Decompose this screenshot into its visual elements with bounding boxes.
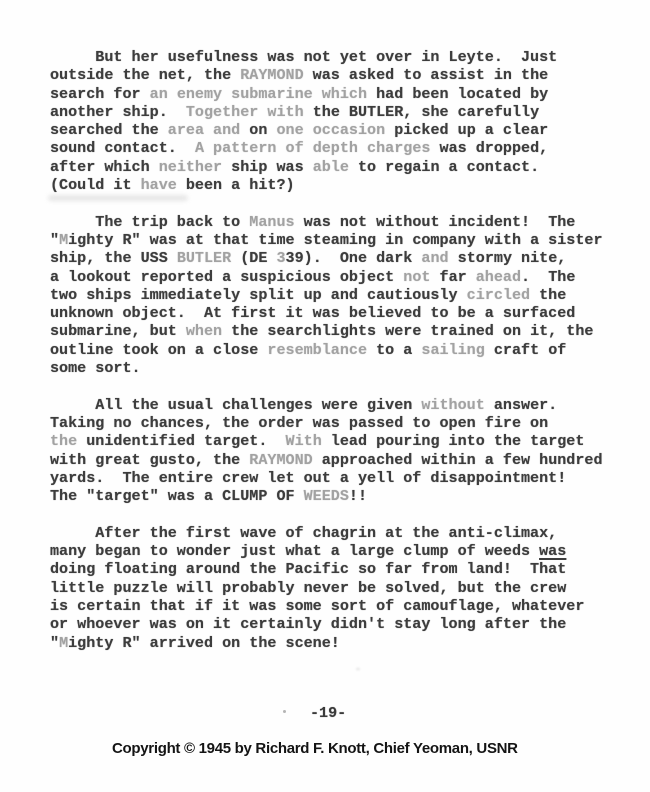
text-line: unknown object. At first it was believed… (50, 304, 625, 322)
text-line: little puzzle will probably never be sol… (50, 579, 625, 597)
text-line: submarine, but when the searchlights wer… (50, 322, 625, 340)
paragraph: But her usefulness was not yet over in L… (50, 48, 625, 194)
text-line: But her usefulness was not yet over in L… (50, 48, 625, 66)
text-line: All the usual challenges were given with… (50, 396, 625, 414)
page-number: -19- (310, 704, 346, 722)
scan-speck (356, 668, 360, 670)
text-line: outline took on a close resemblance to a… (50, 341, 625, 359)
text-line: "Mighty R" was at that time steaming in … (50, 231, 625, 249)
text-line: search for an enemy submarine which had … (50, 85, 625, 103)
text-line: searched the area and on one occasion pi… (50, 121, 625, 139)
text-line: yards. The entire crew let out a yell of… (50, 469, 625, 487)
text-line: "Mighty R" arrived on the scene! (50, 634, 625, 652)
text-line: Taking no chances, the order was passed … (50, 414, 625, 432)
paragraph: The trip back to Manus was not without i… (50, 213, 625, 378)
text-line: the unidentified target. With lead pouri… (50, 432, 625, 450)
text-line: The trip back to Manus was not without i… (50, 213, 625, 231)
text-line: many began to wonder just what a large c… (50, 542, 625, 560)
text-line: outside the net, the RAYMOND was asked t… (50, 66, 625, 84)
paragraph: After the first wave of chagrin at the a… (50, 524, 625, 652)
text-line: a lookout reported a suspicious object n… (50, 268, 625, 286)
text-line: sound contact. A pattern of depth charge… (50, 139, 625, 157)
text-line: After the first wave of chagrin at the a… (50, 524, 625, 542)
text-line: some sort. (50, 359, 625, 377)
document-page: But her usefulness was not yet over in L… (0, 0, 650, 792)
text-line: doing floating around the Pacific so far… (50, 560, 625, 578)
text-line: another ship. Together with the BUTLER, … (50, 103, 625, 121)
text-line: after which neither ship was able to reg… (50, 158, 625, 176)
text-line: ship, the USS BUTLER (DE 339). One dark … (50, 249, 625, 267)
typewritten-text: But her usefulness was not yet over in L… (50, 48, 625, 670)
text-line: with great gusto, the RAYMOND approached… (50, 451, 625, 469)
copyright-line: Copyright © 1945 by Richard F. Knott, Ch… (112, 740, 518, 757)
text-line: (Could it have been a hit?) (50, 176, 625, 194)
scan-speck (283, 710, 286, 713)
text-line: two ships immediately split up and cauti… (50, 286, 625, 304)
text-line: The "target" was a CLUMP OF WEEDS!! (50, 487, 625, 505)
paragraph: All the usual challenges were given with… (50, 396, 625, 506)
text-line: or whoever was on it certainly didn't st… (50, 615, 625, 633)
text-line: is certain that if it was some sort of c… (50, 597, 625, 615)
